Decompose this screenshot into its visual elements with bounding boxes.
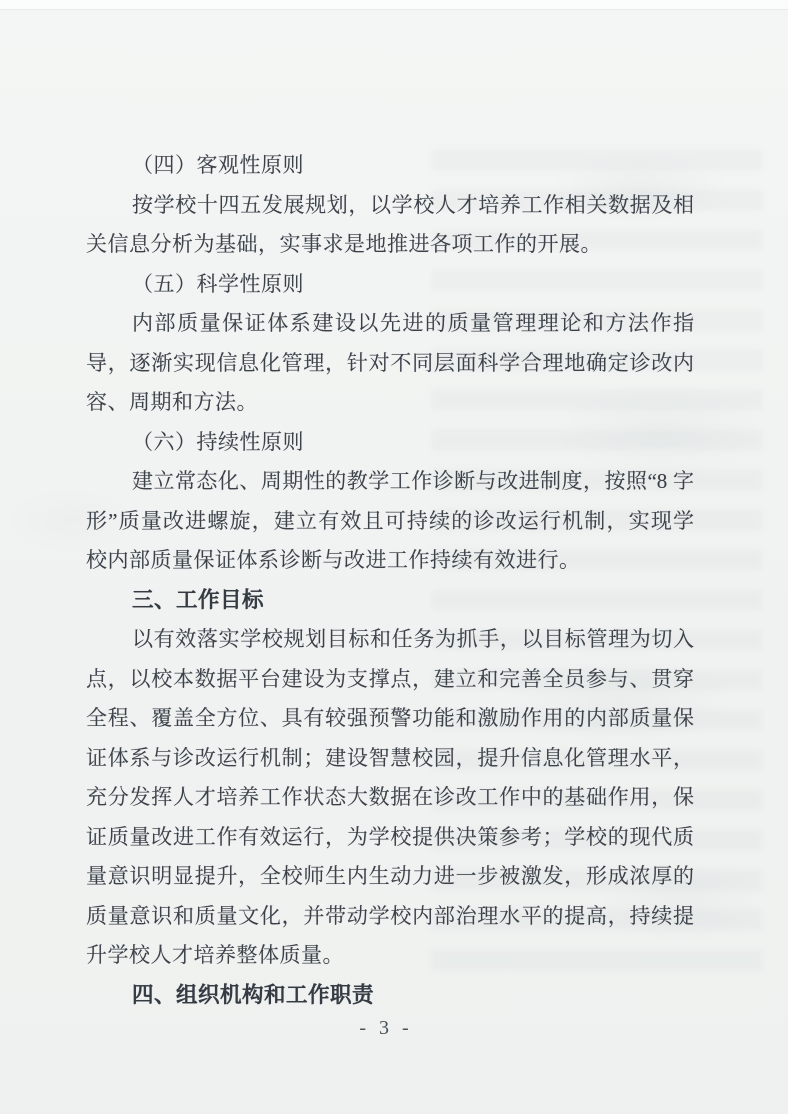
page-number: - 3 - bbox=[0, 1014, 780, 1042]
paragraph-work-goals-line: 证质量改进工作有效运行，为学校提供决策参考；学校的现代质 bbox=[86, 818, 694, 858]
scan-top-edge bbox=[0, 0, 788, 10]
paragraph-work-goals-line: 全程、覆盖全方位、具有较强预警功能和激励作用的内部质量保 bbox=[86, 699, 694, 739]
paragraph-work-goals-line: 质量意识和质量文化，并带动学校内部治理水平的提高，持续提 bbox=[86, 897, 694, 937]
paragraph-sustainability-line: 建立常态化、周期性的教学工作诊断与改进制度，按照“8 字 bbox=[86, 462, 694, 502]
paragraph-work-goals-line: 充分发挥人才培养工作状态大数据在诊改工作中的基础作用，保 bbox=[86, 778, 694, 818]
paragraph-objectivity-line: 按学校十四五发展规划，以学校人才培养工作相关数据及相 bbox=[86, 186, 694, 226]
paragraph-sustainability-line: 形”质量改进螺旋，建立有效且可持续的诊改运行机制，实现学 bbox=[86, 502, 694, 542]
subheading-principle-scientific: （五）科学性原则 bbox=[86, 265, 694, 305]
paragraph-scientific-line: 内部质量保证体系建设以先进的质量管理理论和方法作指 bbox=[86, 304, 694, 344]
section-heading-work-goals: 三、工作目标 bbox=[86, 581, 694, 621]
paragraph-work-goals-line: 以有效落实学校规划目标和任务为抓手，以目标管理为切入 bbox=[86, 620, 694, 660]
paragraph-work-goals-line: 量意识明显提升，全校师生内生动力进一步被激发，形成浓厚的 bbox=[86, 857, 694, 897]
subheading-principle-objectivity: （四）客观性原则 bbox=[86, 146, 694, 186]
document-content: （四）客观性原则 按学校十四五发展规划，以学校人才培养工作相关数据及相 关信息分… bbox=[86, 146, 694, 1015]
section-heading-organization: 四、组织机构和工作职责 bbox=[86, 976, 694, 1016]
paragraph-scientific-line: 容、周期和方法。 bbox=[86, 383, 694, 423]
scanned-document-page: （四）客观性原则 按学校十四五发展规划，以学校人才培养工作相关数据及相 关信息分… bbox=[0, 0, 788, 1114]
paragraph-objectivity-line: 关信息分析为基础，实事求是地推进各项工作的开展。 bbox=[86, 225, 694, 265]
paragraph-sustainability-line: 校内部质量保证体系诊断与改进工作持续有效进行。 bbox=[86, 541, 694, 581]
paragraph-work-goals-line: 点，以校本数据平台建设为支撑点，建立和完善全员参与、贯穿 bbox=[86, 660, 694, 700]
subheading-principle-sustainability: （六）持续性原则 bbox=[86, 423, 694, 463]
paragraph-work-goals-line: 证体系与诊改运行机制；建设智慧校园，提升信息化管理水平， bbox=[86, 739, 694, 779]
paragraph-scientific-line: 导，逐渐实现信息化管理，针对不同层面科学合理地确定诊改内 bbox=[86, 344, 694, 384]
paragraph-work-goals-line: 升学校人才培养整体质量。 bbox=[86, 936, 694, 976]
